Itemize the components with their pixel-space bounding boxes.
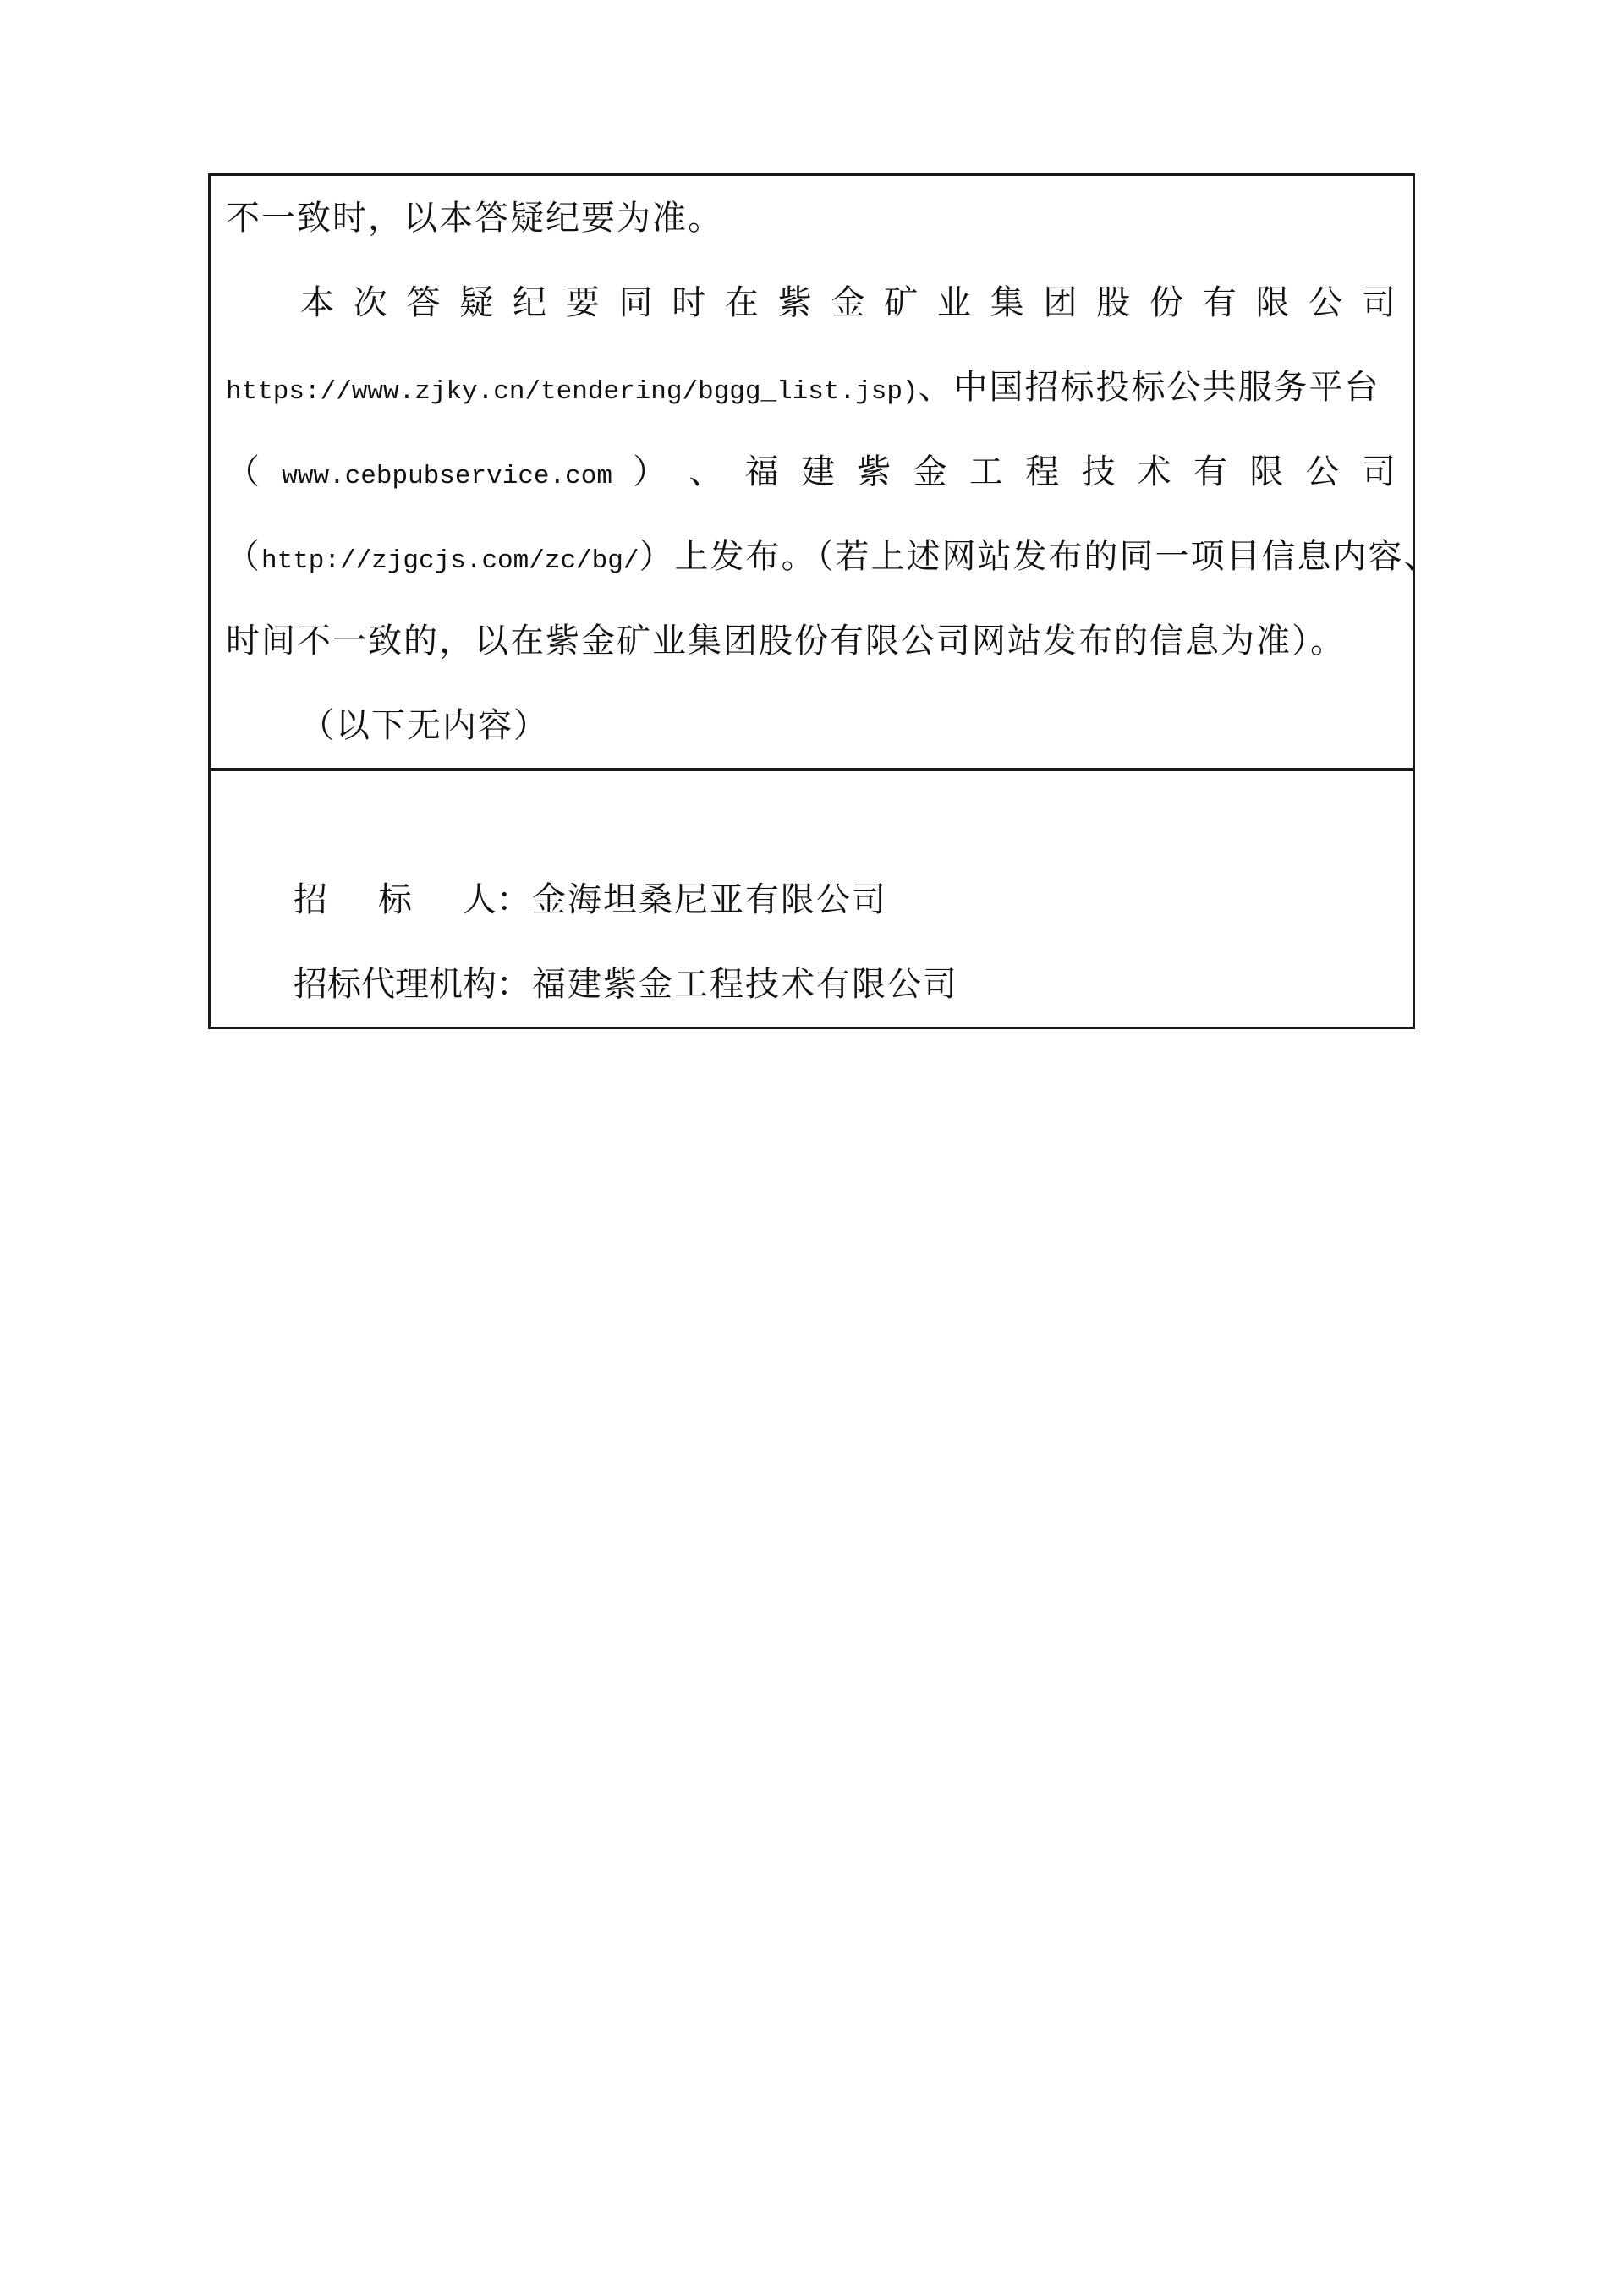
cjk-text: 工: [969, 430, 1005, 514]
cjk-text: 福: [745, 430, 781, 514]
paragraph-line: 本次答疑纪要同时在紫金矿业集团股份有限公司: [226, 260, 1397, 345]
document-page: 不一致时，以本答疑纪要为准。 本次答疑纪要同时在紫金矿业集团股份有限公司 htt…: [0, 0, 1624, 2296]
cjk-text: 司: [1362, 430, 1397, 514]
paragraph-line: https://www.zjky.cn/tendering/bggg_list.…: [226, 345, 1397, 430]
cjk-text: ）上发布。（若上述网站发布的同一项目信息内容、: [639, 537, 1413, 575]
cjk-text: 有: [1193, 430, 1229, 514]
paragraph-line: （www.cebpubservice.com）、福建紫金工程技术有限公司: [226, 430, 1397, 514]
agency-label: 招标代理机构: [294, 942, 497, 1027]
cjk-text: 本: [300, 260, 336, 345]
signature-cell: 招标人：金海坦桑尼亚有限公司 招标代理机构：福建紫金工程技术有限公司 时间：20…: [211, 771, 1413, 1027]
cjk-text: 技: [1081, 430, 1116, 514]
cjk-text: （: [226, 537, 261, 575]
cjk-text: 同: [619, 260, 655, 345]
url-text: www.cebpubservice.com: [282, 435, 612, 519]
label-char: 标: [378, 858, 412, 942]
label-char: 代: [361, 942, 395, 1027]
label-char: 构: [463, 942, 497, 1027]
cjk-text: 金: [913, 430, 949, 514]
cjk-text: 术: [1138, 430, 1173, 514]
paragraph-line: （http://zjgcjs.com/zc/bg/）上发布。（若上述网站发布的同…: [226, 514, 1397, 599]
cjk-text: 疑: [459, 260, 495, 345]
no-more-content-note: （以下无内容）: [226, 683, 1397, 768]
paragraph-line: 不一致时，以本答疑纪要为准。: [226, 176, 1397, 260]
label-char: 招: [294, 858, 327, 942]
cjk-text: 要: [566, 260, 601, 345]
cjk-text: 时: [672, 260, 707, 345]
cjk-text: 紫: [857, 430, 892, 514]
notice-table: 不一致时，以本答疑纪要为准。 本次答疑纪要同时在紫金矿业集团股份有限公司 htt…: [208, 173, 1415, 1029]
cjk-text: 限: [1249, 430, 1285, 514]
cjk-text: 团: [1044, 260, 1079, 345]
cjk-text: ）: [633, 430, 668, 514]
tenderer-row: 招标人：金海坦桑尼亚有限公司: [226, 773, 1397, 858]
tenderer-label: 招标人: [294, 858, 497, 942]
cjk-text: 答: [407, 260, 442, 345]
cjk-text: 份: [1149, 260, 1185, 345]
label-char: 机: [429, 942, 463, 1027]
cjk-text: 程: [1025, 430, 1061, 514]
tenderer-colon: ：: [497, 880, 532, 918]
url-text: https://www.zjky.cn/tendering/bggg_list.…: [226, 377, 919, 407]
label-char: 标: [327, 942, 361, 1027]
cjk-text: 在: [725, 260, 760, 345]
cjk-text: 不一致时，以本答疑纪要为准。: [226, 199, 723, 237]
cjk-text: 有: [1203, 260, 1238, 345]
cjk-text: 、: [689, 430, 725, 514]
cjk-text: 时间不一致的，以在紫金矿业集团股份有限公司网站发布的信息为准）。: [226, 622, 1346, 660]
cjk-text: 纪: [513, 260, 548, 345]
cjk-text: 公: [1306, 430, 1341, 514]
cjk-text: （以下无内容）: [300, 706, 549, 744]
agency-value: 福建紫金工程技术有限公司: [532, 965, 958, 1003]
cjk-text: 建: [801, 430, 837, 514]
paragraph-line: 时间不一致的，以在紫金矿业集团股份有限公司网站发布的信息为准）。: [226, 599, 1397, 683]
cjk-text: 集: [990, 260, 1026, 345]
cjk-text: 紫: [778, 260, 814, 345]
cjk-text: 限: [1256, 260, 1292, 345]
label-char: 人: [463, 858, 497, 942]
label-char: 招: [294, 942, 327, 1027]
cjk-text: 业: [937, 260, 973, 345]
cjk-text: 公: [1309, 260, 1344, 345]
url-text: http://zjgcjs.com/zc/bg/: [261, 546, 639, 576]
cjk-text: 股: [1096, 260, 1132, 345]
cjk-text: 金: [831, 260, 867, 345]
cjk-text: （: [226, 430, 261, 514]
cjk-text: 司: [1362, 260, 1397, 345]
tenderer-value: 金海坦桑尼亚有限公司: [532, 880, 887, 918]
notice-body-cell: 不一致时，以本答疑纪要为准。 本次答疑纪要同时在紫金矿业集团股份有限公司 htt…: [211, 176, 1413, 771]
agency-colon: ：: [497, 965, 532, 1003]
cjk-text: 、中国招标投标公共服务平台: [919, 368, 1380, 406]
cjk-text: 次: [354, 260, 389, 345]
label-char: 理: [395, 942, 429, 1027]
cjk-text: 矿: [884, 260, 919, 345]
